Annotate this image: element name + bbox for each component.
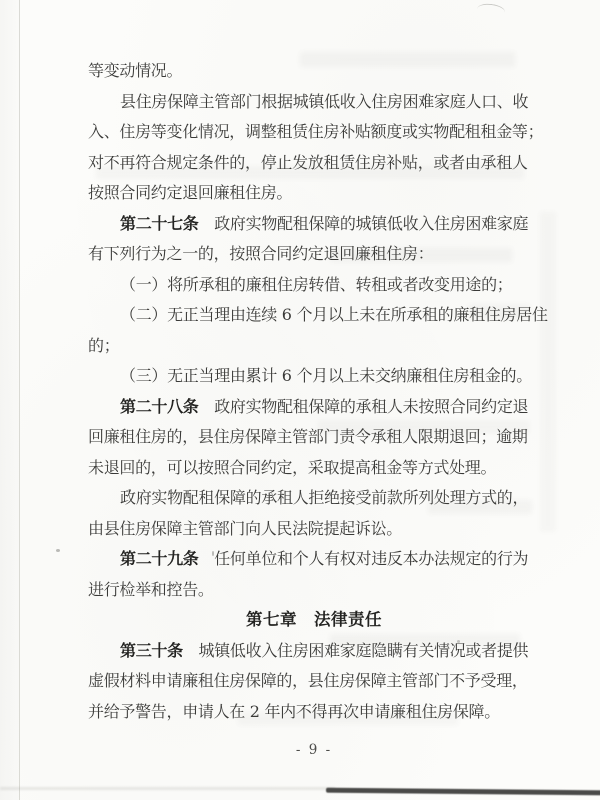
text-line: 有下列行为之一的，按照合同约定退回廉租住房： xyxy=(88,239,540,270)
scan-speck xyxy=(56,549,60,552)
article-number: 第三十条 xyxy=(120,641,183,660)
scan-edge-shade xyxy=(0,0,19,800)
text-line: 第三十条 城镇低收入住房困难家庭隐瞒有关情况或者提供 xyxy=(88,636,540,667)
article-number: 第二十八条 xyxy=(120,397,199,416)
text-line: （三）无正当理由累计 6 个月以上未交纳廉租住房租金的。 xyxy=(88,361,540,392)
text-line: 入、住房等变化情况，调整租赁住房补贴额度或实物配租租金等； xyxy=(88,117,540,148)
scan-edge-bottom-dark xyxy=(326,788,600,796)
article-number: 第二十九条 xyxy=(120,549,199,568)
text-line: 未退回的，可以按照合同约定，采取提高租金等方式处理。 xyxy=(88,453,540,484)
text-line: 第二十九条 任何单位和个人有权对违反本办法规定的行为 xyxy=(88,544,540,575)
article-number: 第二十七条 xyxy=(120,214,199,233)
text-line: 的； xyxy=(88,331,540,362)
text-line: （二）无正当理由连续 6 个月以上未在所承租的廉租住房居住 xyxy=(88,300,540,331)
scanned-document-page: 等变动情况。县住房保障主管部门根据城镇低收入住房困难家庭人口、收入、住房等变化情… xyxy=(0,0,600,800)
text-line: 虚假材料申请廉租住房保障的，县住房保障主管部门不予受理， xyxy=(88,666,540,697)
chapter-heading-text: 第七章 法律责任 xyxy=(246,610,382,629)
text-line: 县住房保障主管部门根据城镇低收入住房困难家庭人口、收 xyxy=(88,87,540,118)
text-line: 等变动情况。 xyxy=(88,56,540,87)
scan-edge-bottom-faint xyxy=(0,787,335,790)
page-number: - 9 - xyxy=(88,742,540,758)
text-line: （一）将所承租的廉租住房转借、转租或者改变用途的； xyxy=(88,270,540,301)
scan-corner-mark xyxy=(476,2,505,18)
chapter-heading: 第七章 法律责任 xyxy=(88,605,540,636)
text-line: 并给予警告，申请人在 2 年内不得再次申请廉租住房保障。 xyxy=(88,697,540,728)
text-line: 第二十七条 政府实物配租保障的城镇低收入住房困难家庭 xyxy=(88,209,540,240)
document-lines: 等变动情况。县住房保障主管部门根据城镇低收入住房困难家庭人口、收入、住房等变化情… xyxy=(88,56,540,727)
text-line: 第二十八条 政府实物配租保障的承租人未按照合同约定退 xyxy=(88,392,540,423)
text-line: 回廉租住房的，县住房保障主管部门责令承租人限期退回；逾期 xyxy=(88,422,540,453)
text-line: 由县住房保障主管部门向人民法院提起诉讼。 xyxy=(88,514,540,545)
bleedthrough-artifact xyxy=(540,212,556,532)
text-line: 进行检举和控告。 xyxy=(88,575,540,606)
text-line: 按照合同约定退回廉租住房。 xyxy=(88,178,540,209)
text-line: 对不再符合规定条件的，停止发放租赁住房补贴，或者由承租人 xyxy=(88,148,540,179)
text-line: 政府实物配租保障的承租人拒绝接受前款所列处理方式的， xyxy=(88,483,540,514)
scan-edge-line xyxy=(19,0,20,800)
